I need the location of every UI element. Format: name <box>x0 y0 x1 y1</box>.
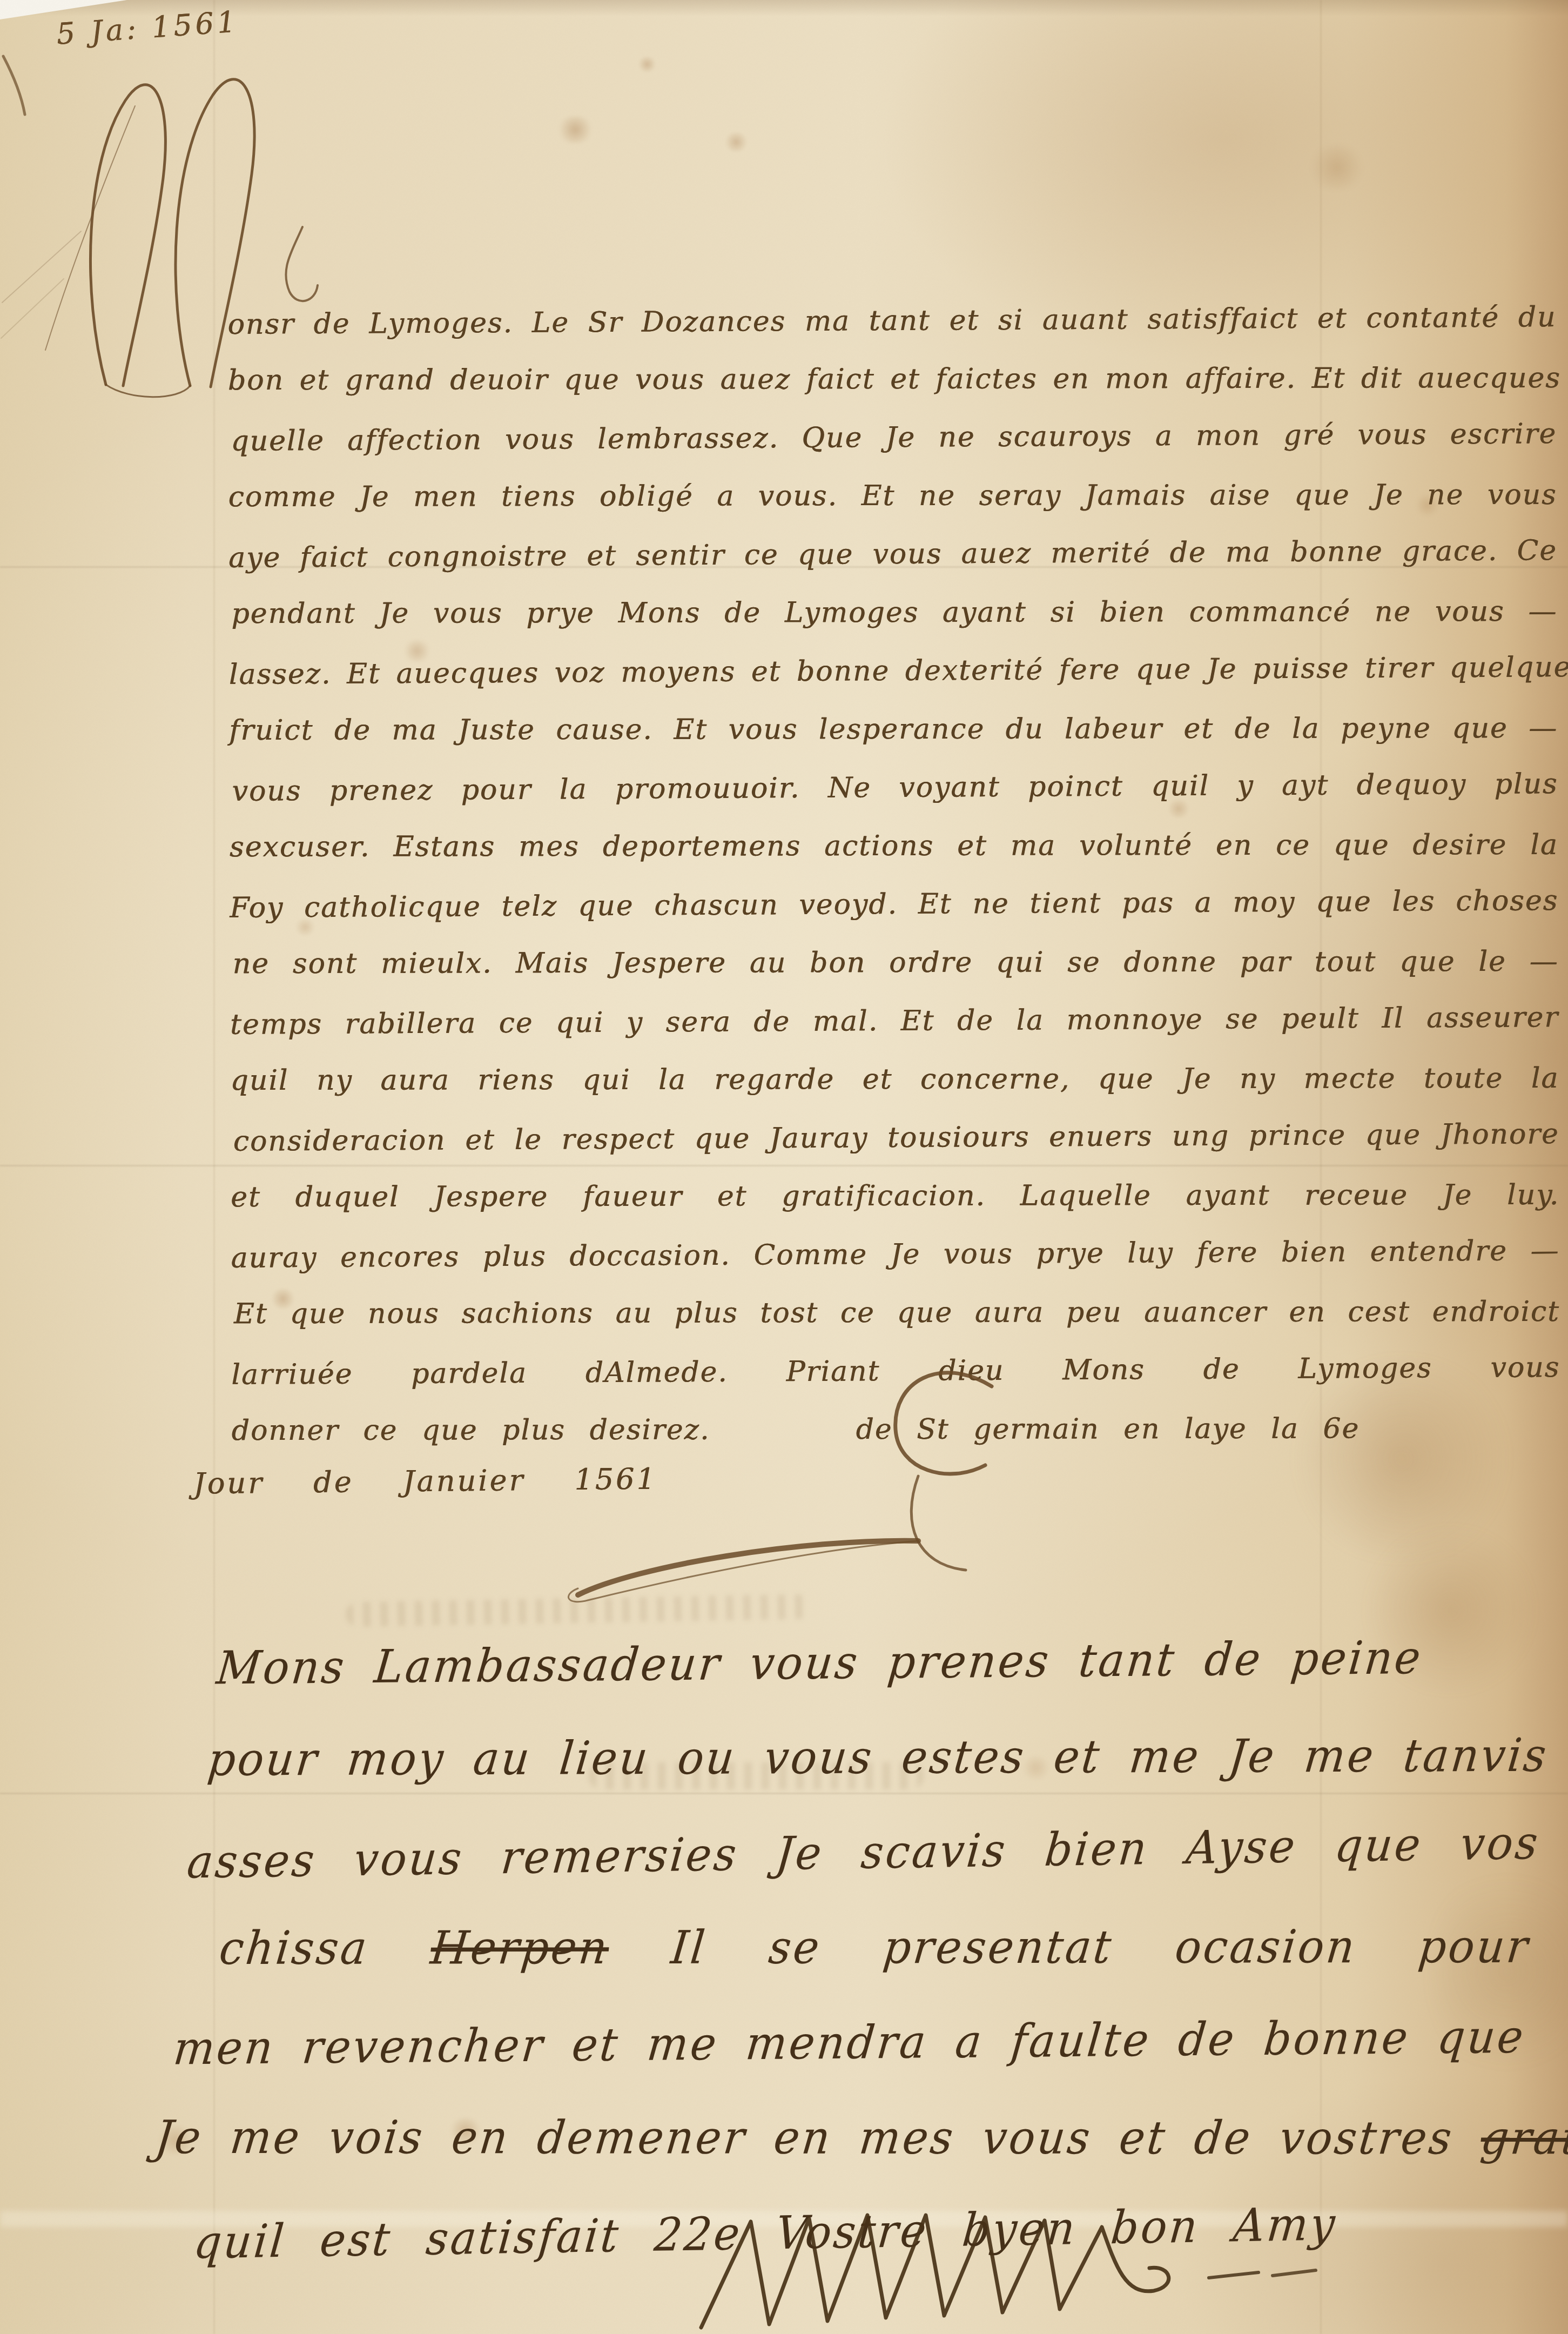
paper-grain-texture <box>0 0 1568 2334</box>
manuscript-page: 5 Ja: 1561 onsr de Lymoges. Le Sr Dozanc… <box>0 0 1568 2334</box>
